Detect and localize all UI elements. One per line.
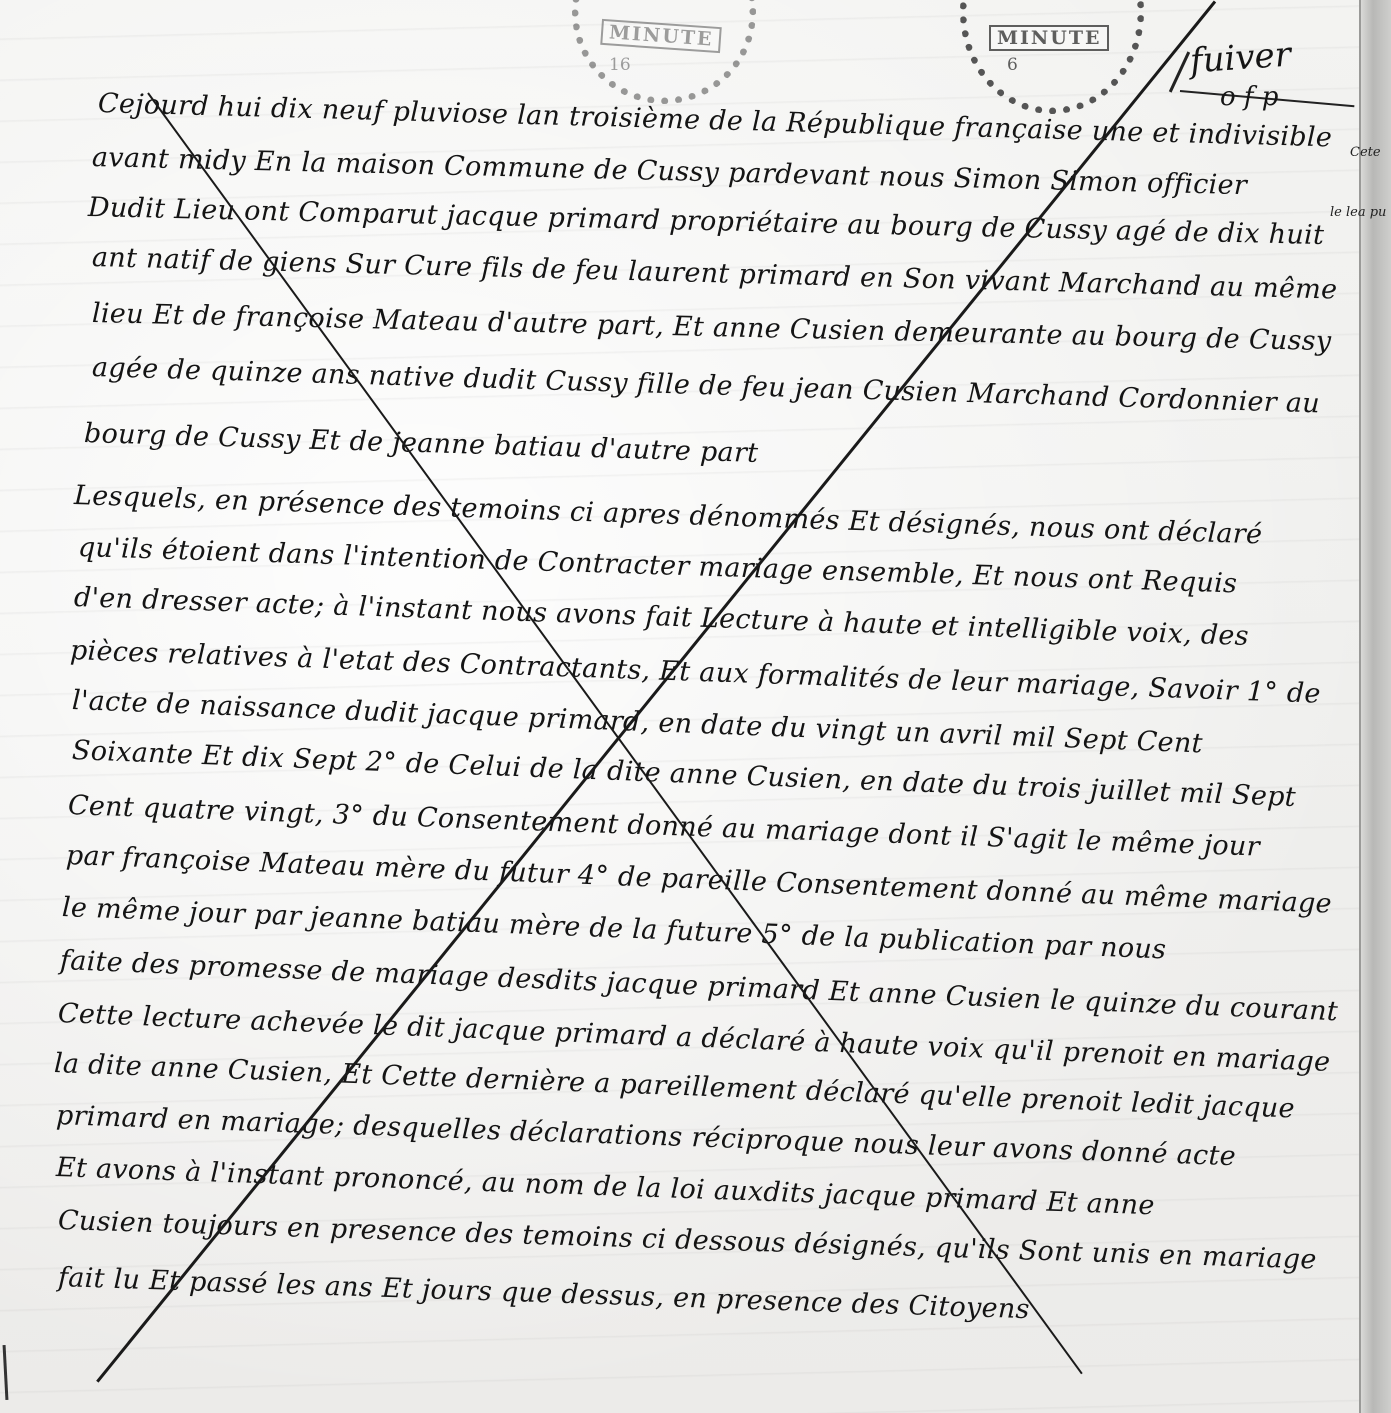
text-line: bourg de Cussy Et de jeanne batiau d'aut… [84, 418, 759, 469]
text-line: agée de quinze ans native dudit Cussy fi… [92, 352, 1321, 419]
stamp-label: MINUTE [989, 25, 1109, 51]
document-page: MINUTE 16 MINUTE 6 fuiver o f p Cete le … [0, 0, 1391, 1413]
stamp-number: 6 [1007, 55, 1018, 75]
month-annotation: fuiver o f p [1170, 30, 1350, 130]
month-sub: o f p [1220, 82, 1278, 112]
margin-note-1: Cete [1350, 145, 1381, 160]
text-line: Cejourd hui dix neuf pluviose lan troisi… [98, 88, 1333, 153]
text-line: fait lu Et passé les ans Et jours que de… [57, 1262, 1030, 1325]
margin-mark [3, 1345, 9, 1400]
text-line: Dudit Lieu ont Comparut jacque primard p… [88, 192, 1325, 251]
minute-stamp-right: MINUTE 6 [960, 0, 1144, 114]
stamp-number: 16 [609, 55, 631, 75]
month-word: fuiver [1189, 35, 1292, 82]
text-line: lieu Et de françoise Mateau d'autre part… [92, 298, 1332, 357]
minute-stamp-left: MINUTE 16 [572, 0, 756, 104]
stamp-label: MINUTE [600, 19, 722, 53]
margin-note-2: le lea pu [1330, 205, 1386, 220]
annotation-stroke [1169, 51, 1190, 92]
